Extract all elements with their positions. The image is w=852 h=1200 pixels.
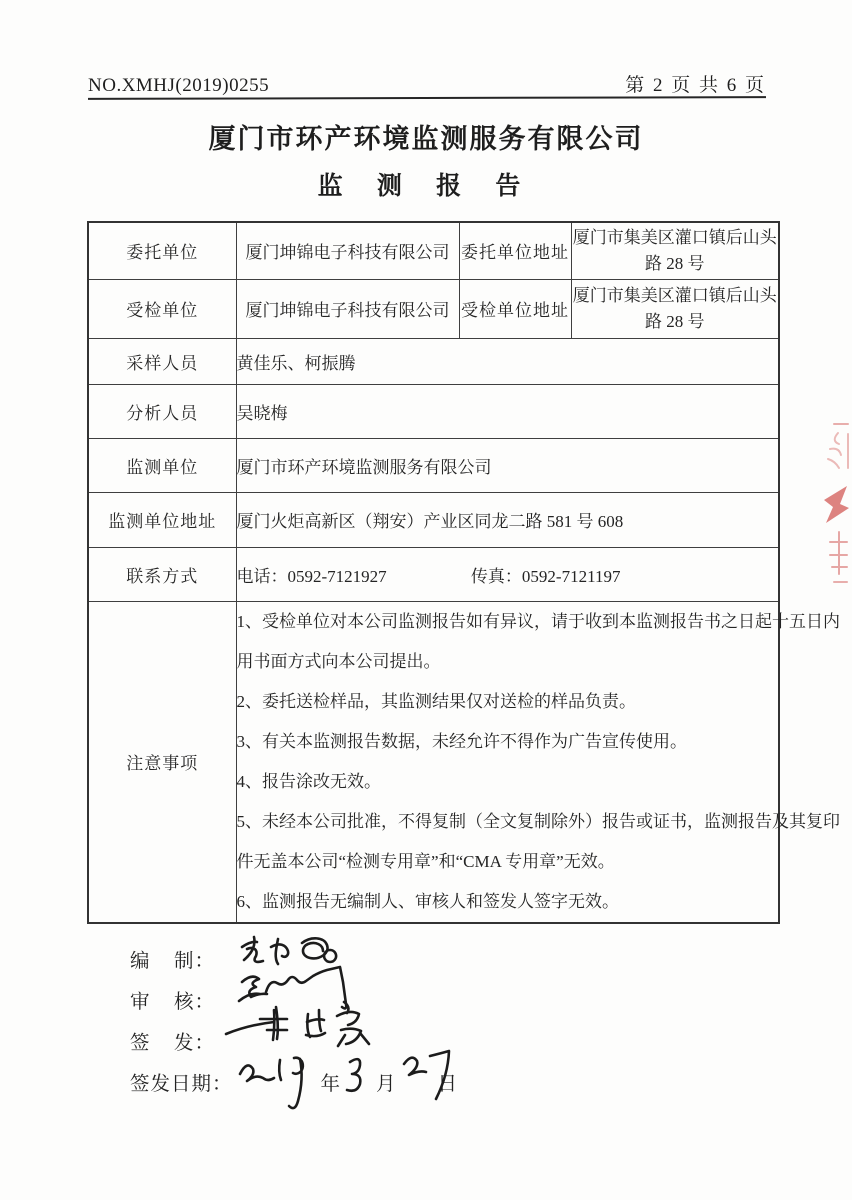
inspected-address-label: 受检单位地址 xyxy=(459,279,571,338)
date-year-suffix: 年 xyxy=(321,1068,341,1096)
samplers-label: 采样人员 xyxy=(88,338,236,384)
table-row-notes: 注意事项 1、受检单位对本公司监测报告如有异议，请于收到本监测报告书之日起十五日… xyxy=(88,601,779,923)
analysts-label: 分析人员 xyxy=(88,384,236,438)
red-stamp-fragment xyxy=(812,420,852,590)
note-line: 6、监测报告无编制人、审核人和签发人签字无效。 xyxy=(237,882,779,922)
issue-date-row: 签发日期： 年 月 日 xyxy=(130,1061,457,1102)
date-day-suffix: 日 xyxy=(438,1068,458,1096)
company-title: 厦门市环产环境监测服务有限公司 xyxy=(0,117,852,156)
notes-content: 1、受检单位对本公司监测报告如有异议，请于收到本监测报告书之日起十五日内 用书面… xyxy=(236,601,779,923)
contact-phone: 电话：0592-7121927 xyxy=(237,567,387,586)
client-value: 厦门坤锦电子科技有限公司 xyxy=(236,222,459,279)
table-row-monitor-unit: 监测单位 厦门市环产环境监测服务有限公司 xyxy=(88,438,779,492)
reviewed-by-label: 审 核： xyxy=(130,986,215,1014)
analysts-value: 吴晓梅 xyxy=(236,384,779,438)
prepared-by-row: 编 制： xyxy=(130,938,457,979)
monitor-unit-value: 厦门市环产环境监测服务有限公司 xyxy=(236,438,779,492)
monitor-address-value: 厦门火炬高新区（翔安）产业区同龙二路 581 号 608 xyxy=(236,492,779,547)
note-line: 3、有关本监测报告数据，未经允许不得作为广告宣传使用。 xyxy=(237,722,779,762)
monitor-unit-label: 监测单位 xyxy=(88,438,236,492)
report-info-table: 委托单位 厦门坤锦电子科技有限公司 委托单位地址 厦门市集美区灌口镇后山头路 2… xyxy=(87,221,780,924)
contact-value: 电话：0592-7121927 传真：0592-7121197 xyxy=(236,547,779,601)
note-line: 4、报告涂改无效。 xyxy=(237,762,779,802)
client-address-value: 厦门市集美区灌口镇后山头路 28 号 xyxy=(571,222,779,279)
document-page: NO.XMHJ(2019)0255 第 2 页 共 6 页 厦门市环产环境监测服… xyxy=(0,0,852,1200)
monitor-address-label: 监测单位地址 xyxy=(88,492,236,547)
table-row-contact: 联系方式 电话：0592-7121927 传真：0592-7121197 xyxy=(88,547,779,601)
date-month-suffix: 月 xyxy=(376,1068,396,1096)
issued-by-label: 签 发： xyxy=(130,1027,215,1055)
issued-by-row: 签 发： xyxy=(130,1020,457,1061)
note-line: 5、未经本公司批准，不得复制（全文复制除外）报告或证书，监测报告及其复印 xyxy=(237,802,779,842)
signature-block: 编 制： 审 核： 签 发： 签发日期： 年 月 日 xyxy=(130,938,457,1102)
note-line: 1、受检单位对本公司监测报告如有异议，请于收到本监测报告书之日起十五日内 xyxy=(237,602,779,642)
prepared-by-label: 编 制： xyxy=(130,945,215,973)
contact-label: 联系方式 xyxy=(88,547,236,601)
note-line: 2、委托送检样品，其监测结果仅对送检的样品负责。 xyxy=(237,682,779,722)
table-row-inspected: 受检单位 厦门坤锦电子科技有限公司 受检单位地址 厦门市集美区灌口镇后山头路 2… xyxy=(88,279,779,338)
inspected-label: 受检单位 xyxy=(88,279,236,338)
page-header: NO.XMHJ(2019)0255 第 2 页 共 6 页 xyxy=(88,70,766,97)
table-row-analysts: 分析人员 吴晓梅 xyxy=(88,384,779,438)
table-row-samplers: 采样人员 黄佳乐、柯振腾 xyxy=(88,338,779,384)
report-title: 监 测 报 告 xyxy=(0,166,852,202)
issue-date-label: 签发日期： xyxy=(130,1068,233,1096)
header-rule xyxy=(88,96,766,100)
samplers-value: 黄佳乐、柯振腾 xyxy=(236,338,779,384)
client-label: 委托单位 xyxy=(88,222,236,279)
document-number: NO.XMHJ(2019)0255 xyxy=(88,75,269,97)
inspected-value: 厦门坤锦电子科技有限公司 xyxy=(236,279,459,338)
notes-label: 注意事项 xyxy=(88,601,236,923)
table-row-monitor-address: 监测单位地址 厦门火炬高新区（翔安）产业区同龙二路 581 号 608 xyxy=(88,492,779,547)
note-line: 用书面方式向本公司提出。 xyxy=(237,642,779,682)
table-row-client: 委托单位 厦门坤锦电子科技有限公司 委托单位地址 厦门市集美区灌口镇后山头路 2… xyxy=(88,222,779,279)
page-indicator: 第 2 页 共 6 页 xyxy=(625,70,766,97)
inspected-address-value: 厦门市集美区灌口镇后山头路 28 号 xyxy=(571,279,779,338)
contact-fax: 传真：0592-7121197 xyxy=(471,567,621,586)
client-address-label: 委托单位地址 xyxy=(459,222,571,279)
note-line: 件无盖本公司“检测专用章”和“CMA 专用章”无效。 xyxy=(237,842,779,882)
reviewed-by-row: 审 核： xyxy=(130,979,457,1020)
